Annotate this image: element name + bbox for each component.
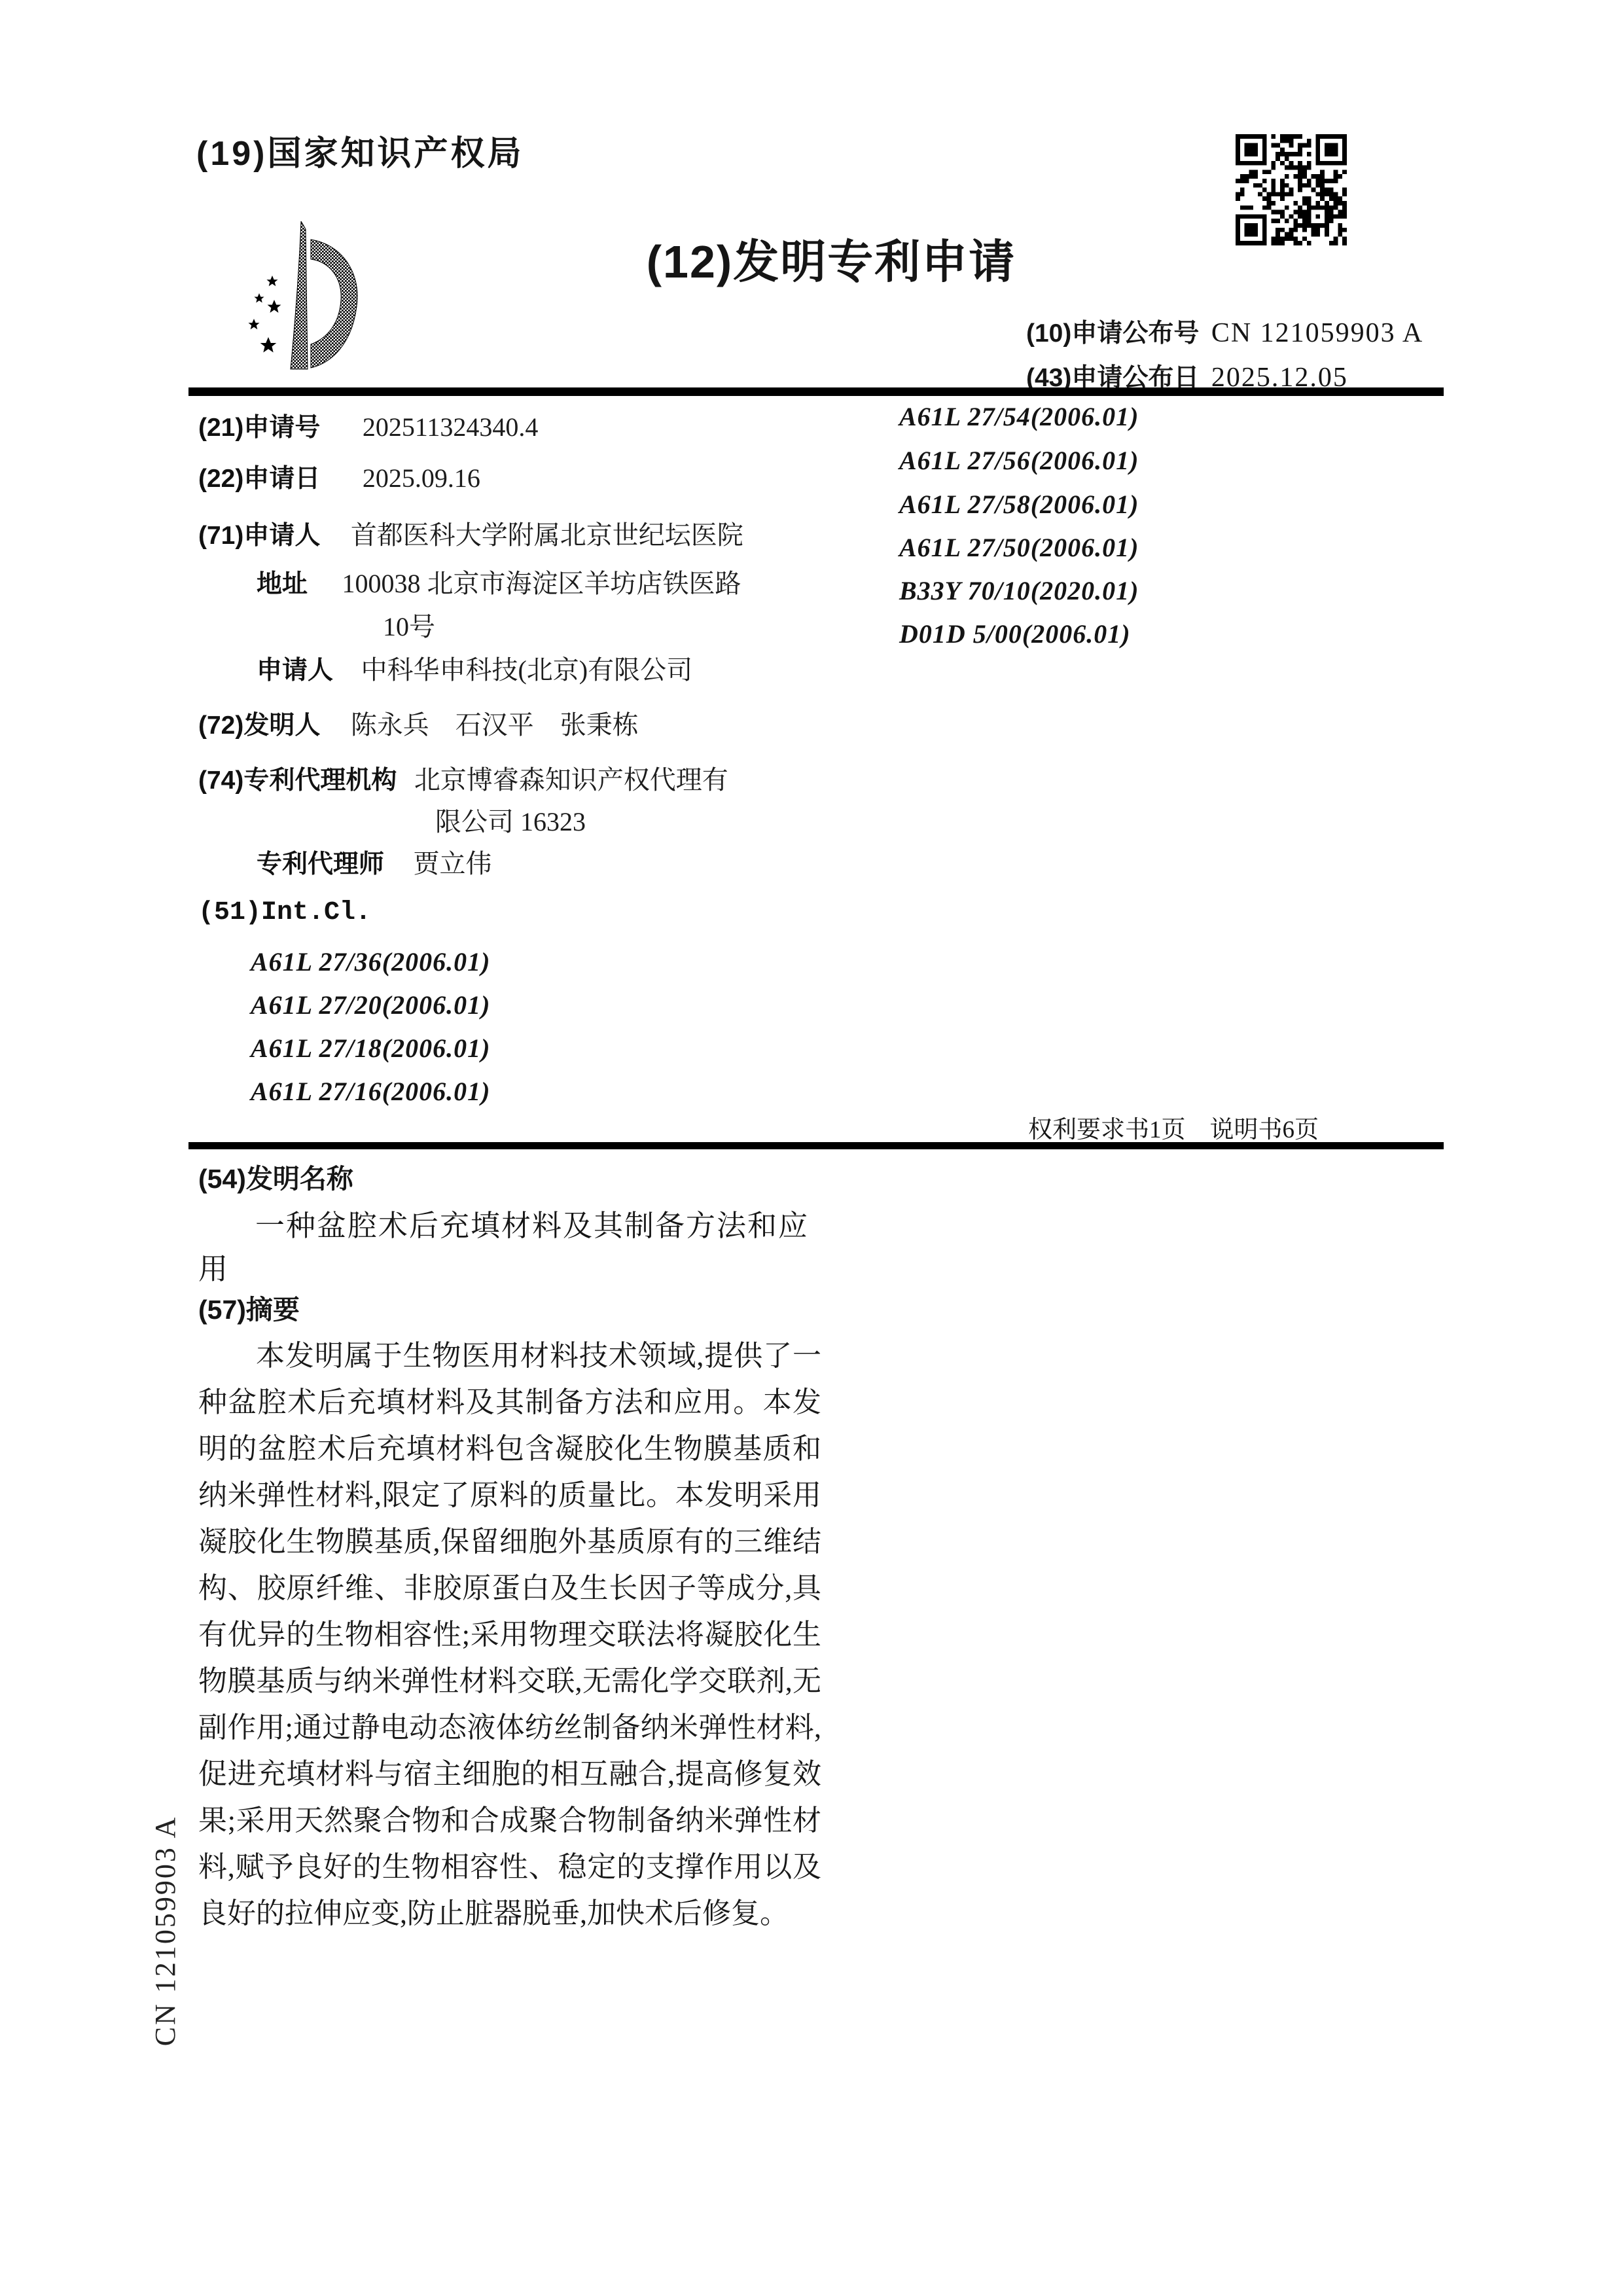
application-date-row: (22)申请日 2025.09.16 — [198, 458, 480, 495]
issuing-office: (19)国家知识产权局 — [196, 126, 524, 175]
agency-continued: 限公司 16323 — [435, 801, 586, 838]
inventors-label: (72)发明人 — [198, 711, 320, 740]
intcl-left-code: A61L 27/20(2006.01) — [251, 990, 490, 1020]
header-divider-rule — [188, 387, 1444, 396]
applicant2-value: 中科华申科技(北京)有限公司 — [361, 655, 692, 685]
application-number-value: 202511324340.4 — [363, 412, 539, 442]
intcl-left-code: A61L 27/36(2006.01) — [251, 946, 490, 977]
edge-publication-id: CN 121059903 A — [147, 1813, 184, 2049]
intcl-right-code: B33Y 70/10(2020.01) — [899, 575, 1139, 606]
intcl-right-code: D01D 5/00(2006.01) — [899, 619, 1131, 649]
intcl-right-code: A61L 27/50(2006.01) — [899, 532, 1139, 563]
intcl-right-code: A61L 27/56(2006.01) — [899, 445, 1139, 476]
intcl-right-code: A61L 27/54(2006.01) — [899, 401, 1139, 432]
agent-label: 专利代理师 — [257, 850, 384, 878]
abstract-text: 本发明属于生物医用材料技术领域,提供了一种盆腔术后充填材料及其制备方法和应用。本… — [198, 1333, 821, 1937]
applicant2-label: 申请人 — [257, 656, 333, 685]
biblio-divider-rule — [188, 1142, 1444, 1149]
agency-value: 北京博睿森知识产权代理有 — [414, 765, 728, 795]
agency-label: (74)专利代理机构 — [198, 766, 397, 795]
qr-code-icon — [1236, 134, 1347, 245]
intcl-left-code: A61L 27/18(2006.01) — [251, 1033, 490, 1064]
pages-note: 权利要求书1页 说明书6页 — [899, 1109, 1448, 1145]
abstract-label: (57)摘要 — [198, 1288, 300, 1327]
applicant-label: (71)申请人 — [198, 522, 320, 550]
applicant-row: (71)申请人 首都医科大学附属北京世纪坛医院 — [198, 514, 743, 552]
agency-row: (74)专利代理机构 北京博睿森知识产权代理有 — [198, 759, 728, 797]
publication-number-label: (10)申请公布号 — [1026, 319, 1199, 348]
application-number-label: (21)申请号 — [198, 414, 320, 442]
intcl-label: (51)Int.Cl. — [198, 898, 371, 927]
publication-number-value: CN 121059903 A — [1211, 318, 1423, 348]
invention-title-label: (54)发明名称 — [198, 1157, 353, 1196]
cnipa-logo-icon — [243, 221, 374, 372]
address-continued: 10号 — [383, 606, 435, 643]
agent-row: 专利代理师 贾立伟 — [257, 843, 491, 880]
agent-value: 贾立伟 — [413, 849, 491, 878]
address-label: 地址 — [257, 570, 308, 598]
address-value: 100038 北京市海淀区羊坊店铁医路 — [342, 569, 741, 598]
application-date-value: 2025.09.16 — [363, 463, 480, 493]
address-row: 地址 100038 北京市海淀区羊坊店铁医路 — [257, 563, 741, 600]
patent-front-page: (19)国家知识产权局 (12)发明专利申请 — [0, 0, 1623, 2296]
invention-title-line1: 一种盆腔术后充填材料及其制备方法和应 — [255, 1202, 809, 1244]
intcl-right-code: A61L 27/58(2006.01) — [899, 489, 1139, 520]
application-number-row: (21)申请号 202511324340.4 — [198, 407, 538, 444]
intcl-left-code: A61L 27/16(2006.01) — [251, 1076, 490, 1107]
applicant2-row: 申请人 中科华申科技(北京)有限公司 — [257, 649, 692, 687]
application-date-label: (22)申请日 — [198, 465, 320, 493]
publication-number-row: (10)申请公布号 CN 121059903 A — [1026, 313, 1423, 350]
document-type-title: (12)发明专利申请 — [622, 225, 1041, 291]
inventors-value: 陈永兵 石汉平 张秉栋 — [351, 710, 639, 740]
invention-title-line2: 用 — [198, 1245, 229, 1287]
inventors-row: (72)发明人 陈永兵 石汉平 张秉栋 — [198, 704, 639, 742]
applicant-value: 首都医科大学附属北京世纪坛医院 — [351, 520, 743, 550]
